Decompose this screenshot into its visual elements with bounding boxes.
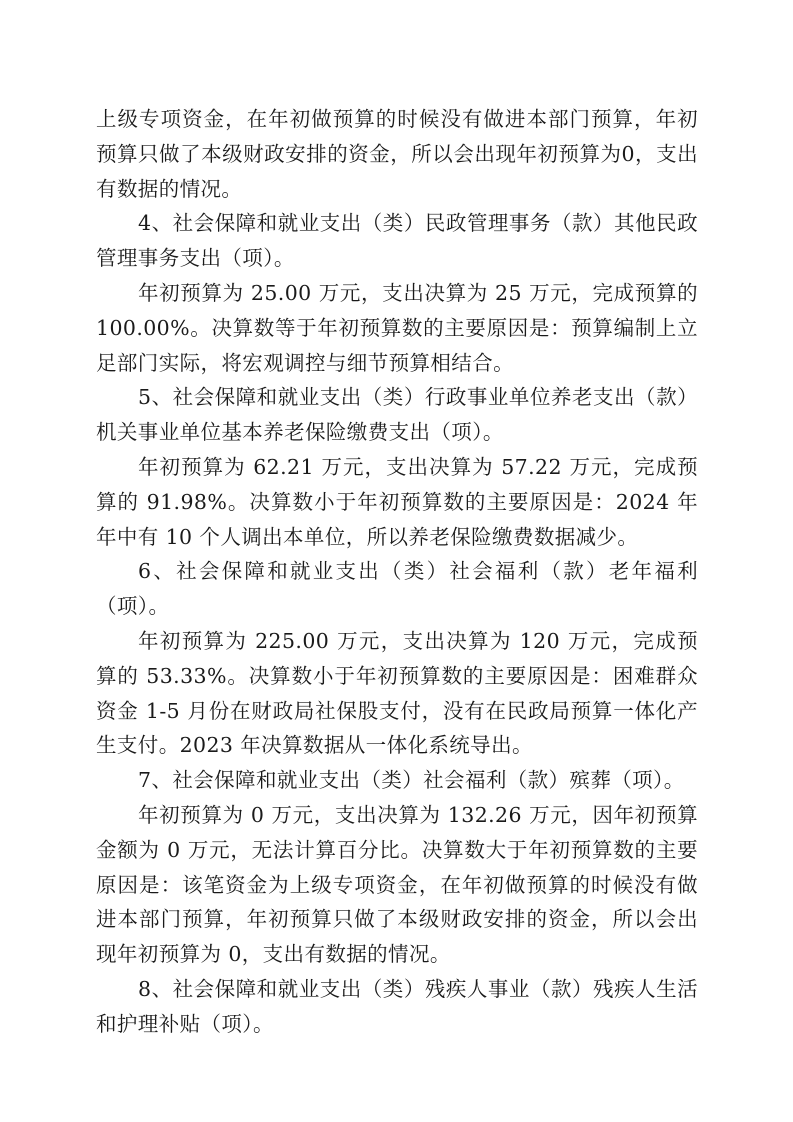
- item-8-heading: 8、社会保障和就业支出（类）残疾人事业（款）残疾人生活和护理补贴（项）。: [96, 972, 698, 1042]
- item-6-heading: 6、社会保障和就业支出（类）社会福利（款）老年福利（项）。: [96, 554, 698, 624]
- item-6-body: 年初预算为 225.00 万元，支出决算为 120 万元，完成预算的 53.33…: [96, 624, 698, 763]
- item-5-heading: 5、社会保障和就业支出（类）行政事业单位养老支出（款）机关事业单位基本养老保险缴…: [96, 380, 698, 450]
- item-4-body: 年初预算为 25.00 万元，支出决算为 25 万元，完成预算的 100.00%…: [96, 276, 698, 380]
- document-page: 上级专项资金，在年初做预算的时候没有做进本部门预算，年初预算只做了本级财政安排的…: [96, 102, 698, 1042]
- paragraph-continuation: 上级专项资金，在年初做预算的时候没有做进本部门预算，年初预算只做了本级财政安排的…: [96, 102, 698, 206]
- item-7-body: 年初预算为 0 万元，支出决算为 132.26 万元，因年初预算金额为 0 万元…: [96, 798, 698, 972]
- item-5-body: 年初预算为 62.21 万元，支出决算为 57.22 万元，完成预算的 91.9…: [96, 450, 698, 554]
- item-7-heading: 7、社会保障和就业支出（类）社会福利（款）殡葬（项）。: [96, 763, 698, 798]
- item-4-heading: 4、社会保障和就业支出（类）民政管理事务（款）其他民政管理事务支出（项）。: [96, 206, 698, 276]
